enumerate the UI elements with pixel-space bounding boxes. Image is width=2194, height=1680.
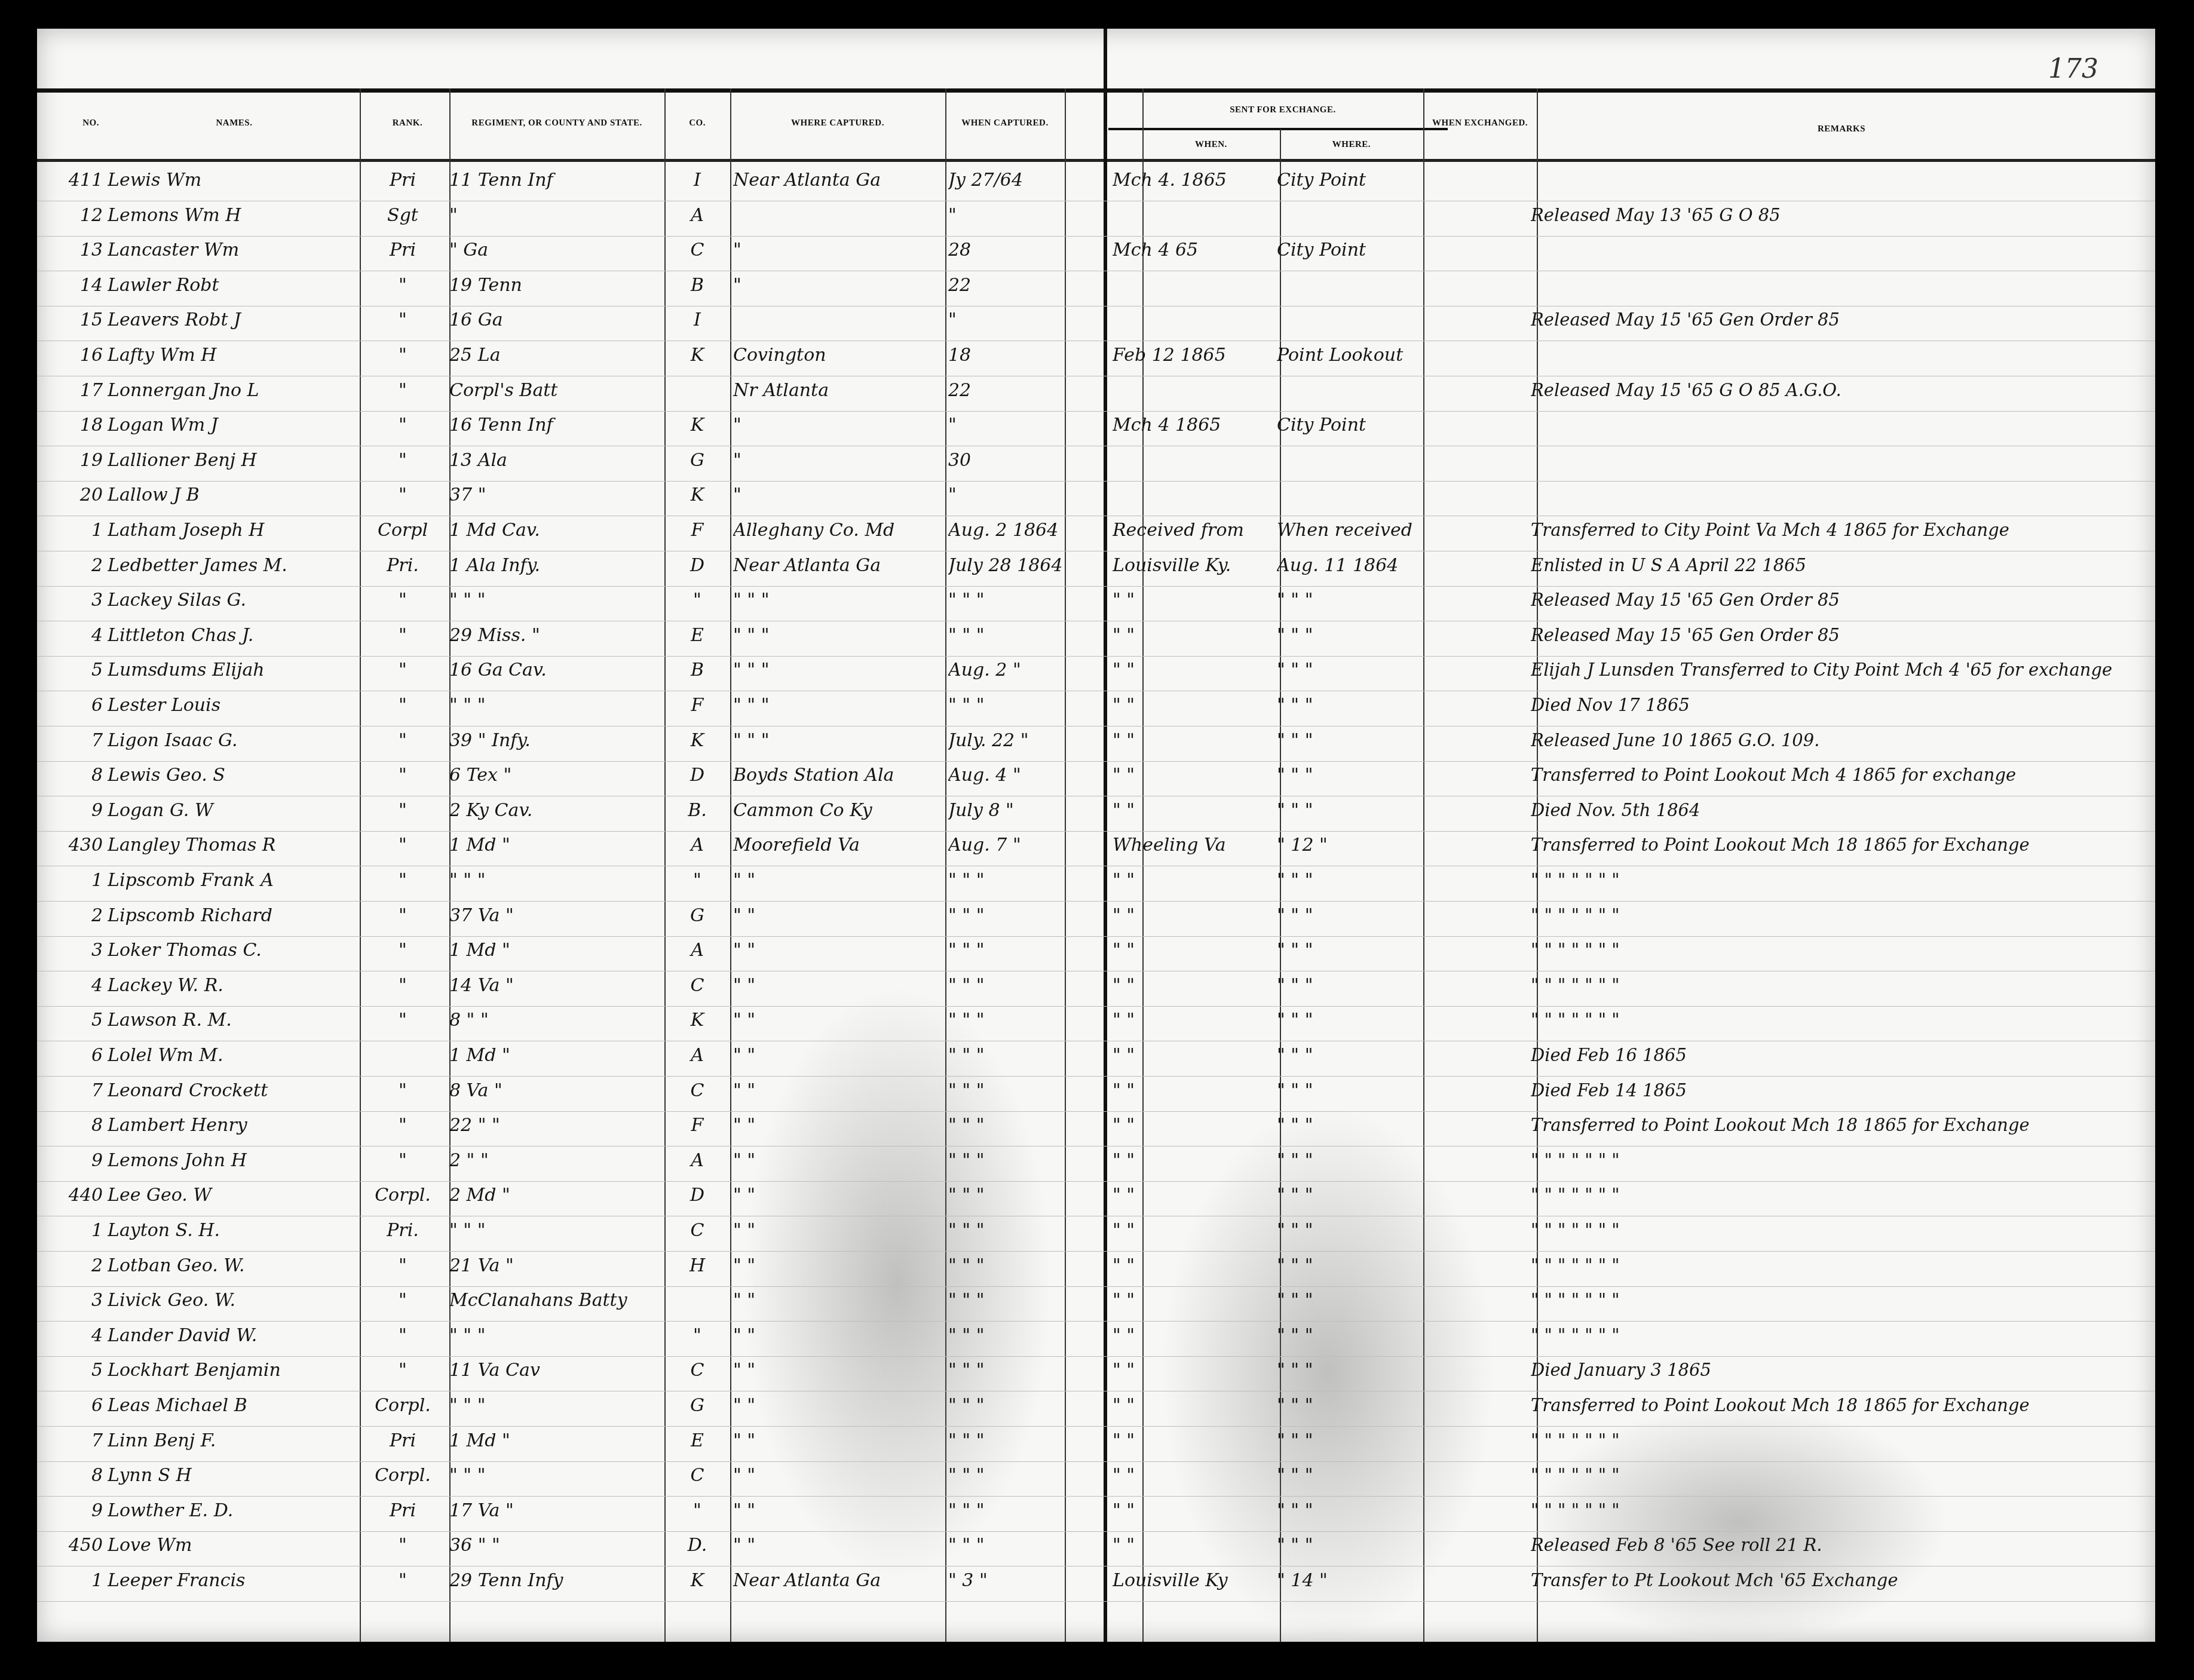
prisoner-name: Love Wm <box>108 1535 388 1556</box>
where-captured: Cammon Co Ky <box>733 800 978 821</box>
company: A <box>667 835 727 856</box>
company: C <box>667 1465 727 1486</box>
sent-when: " " <box>1113 1115 1280 1136</box>
remarks: " " " " " " " <box>1531 870 2146 890</box>
remarks: Transferred to Point Lookout Mch 18 1865… <box>1531 835 2146 855</box>
remarks: Released May 15 '65 G O 85 A.G.O. <box>1531 380 2146 400</box>
regiment: 2 Md " <box>449 1185 694 1206</box>
when-captured: 22 <box>948 380 1092 401</box>
company: D <box>667 555 727 576</box>
ledger-row: 5 Lumsdums Elijah " 16 Ga Cav. B " " " A… <box>37 656 2155 691</box>
company: " <box>667 590 727 611</box>
where-captured: " " " <box>733 660 978 680</box>
remarks: " " " " " " " <box>1531 1185 2146 1205</box>
when-captured: " " " <box>948 1325 1092 1346</box>
when-captured: " " " <box>948 1045 1092 1066</box>
where-captured: Near Atlanta Ga <box>733 555 978 576</box>
when-captured: 22 <box>948 275 1092 296</box>
when-captured: " " " <box>948 1430 1092 1451</box>
sent-where: City Point <box>1277 170 1438 191</box>
when-captured: " " " <box>948 1220 1092 1241</box>
sent-where: " 12 " <box>1277 835 1438 856</box>
regiment: 36 " " <box>449 1535 694 1556</box>
where-captured: " <box>733 450 978 471</box>
rank: " <box>367 1255 439 1276</box>
row-number: 13 <box>49 240 103 260</box>
sent-when: " " <box>1113 1360 1280 1381</box>
header-names: Names. <box>157 118 312 128</box>
when-captured: Aug. 2 " <box>948 660 1092 680</box>
row-number: 19 <box>49 450 103 471</box>
where-captured: " " <box>733 1010 978 1031</box>
prisoner-name: Lafty Wm H <box>108 345 388 366</box>
sent-when: " " <box>1113 1045 1280 1066</box>
sent-when: " " <box>1113 1150 1280 1171</box>
where-captured: " " <box>733 975 978 996</box>
ledger-row: 2 Ledbetter James M. Pri. 1 Ala Infy. D … <box>37 551 2155 587</box>
header-sent-when: When. <box>1148 140 1274 150</box>
rank: Corpl. <box>367 1465 439 1486</box>
rank: " <box>367 380 439 401</box>
remarks: " " " " " " " <box>1531 975 2146 995</box>
row-number: 440 <box>49 1185 103 1206</box>
regiment: 16 Ga <box>449 309 694 330</box>
company: C <box>667 1220 727 1241</box>
prisoner-name: Leavers Robt J <box>108 309 388 330</box>
ledger-row: 6 Lester Louis " " " " F " " " " " " " "… <box>37 691 2155 726</box>
sent-where: " " " <box>1277 800 1438 821</box>
row-number: 18 <box>49 415 103 436</box>
where-captured: Alleghany Co. Md <box>733 520 978 541</box>
company: E <box>667 1430 727 1451</box>
sent-where: Point Lookout <box>1277 345 1438 366</box>
sent-when: " " <box>1113 1185 1280 1206</box>
remarks: " " " " " " " <box>1531 1255 2146 1276</box>
regiment: 8 " " <box>449 1010 694 1031</box>
where-captured: " " <box>733 1045 978 1066</box>
rank: " <box>367 590 439 611</box>
where-captured: " " <box>733 1255 978 1276</box>
rank: " <box>367 415 439 436</box>
remarks: " " " " " " " <box>1531 1010 2146 1030</box>
company: C <box>667 240 727 260</box>
rank: " <box>367 870 439 891</box>
company: K <box>667 730 727 751</box>
prisoner-name: Leonard Crockett <box>108 1080 388 1101</box>
ledger-row: 7 Linn Benj F. Pri 1 Md " E " " " " " " … <box>37 1427 2155 1462</box>
remarks: Released Feb 8 '65 See roll 21 R. <box>1531 1535 2146 1555</box>
where-captured: " " <box>733 1500 978 1521</box>
sent-when: " " <box>1113 1465 1280 1486</box>
remarks: Died Feb 14 1865 <box>1531 1080 2146 1100</box>
page-number: 173 <box>2048 54 2098 84</box>
company: K <box>667 485 727 505</box>
ledger-row: 2 Lotban Geo. W. " 21 Va " H " " " " " "… <box>37 1252 2155 1287</box>
sent-when: " " <box>1113 695 1280 716</box>
prisoner-name: Lawler Robt <box>108 275 388 296</box>
company: K <box>667 415 727 436</box>
row-number: 7 <box>49 730 103 751</box>
regiment: 37 " <box>449 485 694 505</box>
where-captured: " " <box>733 1290 978 1311</box>
company: F <box>667 695 727 716</box>
remarks: Died Feb 16 1865 <box>1531 1045 2146 1065</box>
where-captured: " " <box>733 940 978 961</box>
when-captured: Aug. 2 1864 <box>948 520 1092 541</box>
ledger-row: 17 Lonnergan Jno L " Corpl's Batt Nr Atl… <box>37 376 2155 412</box>
sent-where: " " " <box>1277 1010 1438 1031</box>
prisoner-name: Linn Benj F. <box>108 1430 388 1451</box>
regiment: 22 " " <box>449 1115 694 1136</box>
regiment: 1 Md Cav. <box>449 520 694 541</box>
ledger-row: 3 Lackey Silas G. " " " " " " " " " " " … <box>37 586 2155 621</box>
where-captured: Moorefield Va <box>733 835 978 856</box>
where-captured: " " " <box>733 730 978 751</box>
ledger-row: 7 Leonard Crockett " 8 Va " C " " " " " … <box>37 1077 2155 1112</box>
sent-when: " " <box>1113 975 1280 996</box>
sent-where: " " " <box>1277 870 1438 891</box>
when-captured: Aug. 7 " <box>948 835 1092 856</box>
sent-when: " " <box>1113 765 1280 786</box>
ledger-row: 7 Ligon Isaac G. " 39 " Infy. K " " " Ju… <box>37 726 2155 762</box>
remarks: Released May 15 '65 Gen Order 85 <box>1531 625 2146 645</box>
company: F <box>667 520 727 541</box>
row-number: 5 <box>49 660 103 680</box>
row-number: 20 <box>49 485 103 505</box>
sent-where: City Point <box>1277 415 1438 436</box>
where-captured: Near Atlanta Ga <box>733 170 978 191</box>
company: I <box>667 170 727 191</box>
prisoner-name: Lackey Silas G. <box>108 590 388 611</box>
header-regiment: Regiment, or County and State. <box>455 118 658 128</box>
rank: " <box>367 309 439 330</box>
company: F <box>667 1115 727 1136</box>
remarks: Transferred to Point Lookout Mch 18 1865… <box>1531 1395 2146 1415</box>
where-captured: " " " <box>733 695 978 716</box>
when-captured: " " " <box>948 940 1092 961</box>
when-captured: " " " <box>948 1360 1092 1381</box>
rank: " <box>367 695 439 716</box>
remarks: " " " " " " " <box>1531 905 2146 925</box>
sent-where: " " " <box>1277 1255 1438 1276</box>
sent-when: " " <box>1113 800 1280 821</box>
sent-when: " " <box>1113 940 1280 961</box>
header-bottom-rule <box>37 159 2155 162</box>
remarks: Died Nov 17 1865 <box>1531 695 2146 715</box>
sent-when: " " <box>1113 1255 1280 1276</box>
where-captured: Boyds Station Ala <box>733 765 978 786</box>
when-captured: " " " <box>948 1290 1092 1311</box>
regiment: " " " <box>449 1220 694 1241</box>
sent-when: Louisville Ky. <box>1113 555 1280 576</box>
ledger-row: 9 Logan G. W " 2 Ky Cav. B. Cammon Co Ky… <box>37 796 2155 832</box>
when-captured: " <box>948 309 1092 330</box>
where-captured: " <box>733 275 978 296</box>
company: H <box>667 1255 727 1276</box>
company: D <box>667 1185 727 1206</box>
row-number: 9 <box>49 800 103 821</box>
rank: Pri <box>367 170 439 191</box>
rank: Pri <box>367 1430 439 1451</box>
prisoner-name: Leas Michael B <box>108 1395 388 1416</box>
row-number: 3 <box>49 590 103 611</box>
when-captured: " " " <box>948 1115 1092 1136</box>
row-number: 411 <box>49 170 103 191</box>
when-captured: " " " <box>948 625 1092 646</box>
regiment: 11 Va Cav <box>449 1360 694 1381</box>
sent-where: " " " <box>1277 975 1438 996</box>
sent-where: " " " <box>1277 940 1438 961</box>
header-co: Co. <box>670 118 724 128</box>
sent-when: " " <box>1113 660 1280 680</box>
prisoner-name: Ligon Isaac G. <box>108 730 388 751</box>
when-captured: " " " <box>948 695 1092 716</box>
sent-where: " " " <box>1277 1185 1438 1206</box>
regiment: 6 Tex " <box>449 765 694 786</box>
where-captured: " " <box>733 1325 978 1346</box>
ledger-row: 5 Lawson R. M. " 8 " " K " " " " " " " "… <box>37 1006 2155 1041</box>
row-number: 14 <box>49 275 103 296</box>
company: D <box>667 765 727 786</box>
company: E <box>667 625 727 646</box>
row-number: 6 <box>49 1045 103 1066</box>
regiment: 17 Va " <box>449 1500 694 1521</box>
ledger-row: 450 Love Wm " 36 " " D. " " " " " " " " … <box>37 1531 2155 1566</box>
ledger-row: 1 Layton S. H. Pri. " " " C " " " " " " … <box>37 1216 2155 1252</box>
company: A <box>667 1045 727 1066</box>
company: K <box>667 1570 727 1591</box>
sent-when: Louisville Ky <box>1113 1570 1280 1591</box>
remarks: Died January 3 1865 <box>1531 1360 2146 1380</box>
company: " <box>667 1325 727 1346</box>
ledger-row: 411 Lewis Wm Pri 11 Tenn Inf I Near Atla… <box>37 166 2155 201</box>
prisoner-name: Lewis Geo. S <box>108 765 388 786</box>
row-number: 3 <box>49 1290 103 1311</box>
sent-where: " " " <box>1277 1290 1438 1311</box>
where-captured: " " " <box>733 625 978 646</box>
row-number: 2 <box>49 905 103 926</box>
sent-where: City Point <box>1277 240 1438 260</box>
remarks: Transferred to Point Lookout Mch 18 1865… <box>1531 1115 2146 1135</box>
regiment: 19 Tenn <box>449 275 694 296</box>
sent-where: " " " <box>1277 1080 1438 1101</box>
ledger-row: 2 Lipscomb Richard " 37 Va " G " " " " "… <box>37 902 2155 937</box>
where-captured: " " <box>733 1465 978 1486</box>
rank: " <box>367 835 439 856</box>
rank: Pri <box>367 1500 439 1521</box>
sent-when: " " <box>1113 1080 1280 1101</box>
where-captured: " " <box>733 1150 978 1171</box>
prisoner-name: Lipscomb Frank A <box>108 870 388 891</box>
when-captured: " " " <box>948 1010 1092 1031</box>
when-captured: " " " <box>948 1080 1092 1101</box>
company: " <box>667 870 727 891</box>
sent-when: " " <box>1113 1500 1280 1521</box>
where-captured: " " <box>733 1430 978 1451</box>
regiment: " " " <box>449 870 694 891</box>
row-number: 12 <box>49 205 103 226</box>
when-captured: " " " <box>948 975 1092 996</box>
company: B <box>667 275 727 296</box>
where-captured: " <box>733 485 978 505</box>
regiment: " Ga <box>449 240 694 260</box>
where-captured: " " " <box>733 590 978 611</box>
rank: " <box>367 450 439 471</box>
when-captured: " " " <box>948 1465 1092 1486</box>
ledger-row: 5 Lockhart Benjamin " 11 Va Cav C " " " … <box>37 1356 2155 1391</box>
regiment: " " " <box>449 1465 694 1486</box>
when-captured: 30 <box>948 450 1092 471</box>
ledger-row: 4 Littleton Chas J. " 29 Miss. " E " " "… <box>37 621 2155 657</box>
regiment: 37 Va " <box>449 905 694 926</box>
rank: " <box>367 1535 439 1556</box>
where-captured: Nr Atlanta <box>733 380 978 401</box>
regiment: " <box>449 205 694 226</box>
row-number: 8 <box>49 1115 103 1136</box>
ledger-row: 12 Lemons Wm H Sgt " A " Released May 13… <box>37 201 2155 237</box>
sent-when: Feb 12 1865 <box>1113 345 1280 366</box>
ledger-row: 6 Lolel Wm M. 1 Md " A " " " " " " " " "… <box>37 1041 2155 1077</box>
when-captured: " " " <box>948 1535 1092 1556</box>
ledger-row: 13 Lancaster Wm Pri " Ga C " 28 Mch 4 65… <box>37 236 2155 271</box>
regiment: 14 Va " <box>449 975 694 996</box>
when-captured: " " " <box>948 1150 1092 1171</box>
prisoner-name: Lackey W. R. <box>108 975 388 996</box>
ledger-row: 20 Lallow J B " 37 " K " " <box>37 481 2155 516</box>
company: G <box>667 450 727 471</box>
regiment: 8 Va " <box>449 1080 694 1101</box>
ledger-row: 18 Logan Wm J " 16 Tenn Inf K " " Mch 4 … <box>37 411 2155 446</box>
remarks: Transfer to Pt Lookout Mch '65 Exchange <box>1531 1570 2146 1590</box>
sent-where: " " " <box>1277 1500 1438 1521</box>
regiment: " " " <box>449 1325 694 1346</box>
regiment: 39 " Infy. <box>449 730 694 751</box>
sent-where: " 14 " <box>1277 1570 1438 1591</box>
prisoner-name: Lipscomb Richard <box>108 905 388 926</box>
header-sent-where: Where. <box>1286 140 1417 150</box>
header-no: No. <box>73 118 109 128</box>
company: G <box>667 1395 727 1416</box>
when-captured: " 3 " <box>948 1570 1092 1591</box>
prisoner-name: Lallioner Benj H <box>108 450 388 471</box>
remarks: Transferred to City Point Va Mch 4 1865 … <box>1531 520 2146 540</box>
prisoner-name: Lambert Henry <box>108 1115 388 1136</box>
header-sent-for-exchange: Sent for Exchange. <box>1148 105 1417 115</box>
ledger-row: 4 Lackey W. R. " 14 Va " C " " " " " " "… <box>37 971 2155 1007</box>
sent-when: " " <box>1113 1535 1280 1556</box>
when-captured: July. 22 " <box>948 730 1092 751</box>
header-remarks: Remarks <box>1543 124 2140 134</box>
where-captured: " " <box>733 905 978 926</box>
sent-when: " " <box>1113 1325 1280 1346</box>
regiment: 1 Md " <box>449 1045 694 1066</box>
prisoner-name: Lockhart Benjamin <box>108 1360 388 1381</box>
rank: " <box>367 1010 439 1031</box>
sent-when: Received from <box>1113 520 1280 541</box>
remarks: " " " " " " " <box>1531 1290 2146 1310</box>
prisoner-name: Ledbetter James M. <box>108 555 388 576</box>
row-number: 1 <box>49 1220 103 1241</box>
ledger-row: 8 Lewis Geo. S " 6 Tex " D Boyds Station… <box>37 761 2155 796</box>
sent-when: Mch 4. 1865 <box>1113 170 1280 191</box>
when-captured: " " " <box>948 1500 1092 1521</box>
ledger-row: 8 Lynn S H Corpl. " " " C " " " " " " " … <box>37 1461 2155 1497</box>
prisoner-name: Lee Geo. W <box>108 1185 388 1206</box>
company: A <box>667 940 727 961</box>
row-number: 430 <box>49 835 103 856</box>
company: B <box>667 660 727 680</box>
regiment: 16 Tenn Inf <box>449 415 694 436</box>
company: D. <box>667 1535 727 1556</box>
when-captured: " " " <box>948 1395 1092 1416</box>
ledger-row: 15 Leavers Robt J " 16 Ga I " Released M… <box>37 306 2155 341</box>
row-number: 1 <box>49 520 103 541</box>
header-rank: Rank. <box>372 118 443 128</box>
header-top-rule <box>37 88 2155 93</box>
row-number: 7 <box>49 1430 103 1451</box>
where-captured: " " <box>733 870 978 891</box>
sent-where: " " " <box>1277 1465 1438 1486</box>
ledger-row: 430 Langley Thomas R " 1 Md " A Moorefie… <box>37 831 2155 866</box>
row-number: 15 <box>49 309 103 330</box>
prisoner-name: Leeper Francis <box>108 1570 388 1591</box>
remarks: Transferred to Point Lookout Mch 4 1865 … <box>1531 765 2146 785</box>
rank: " <box>367 660 439 680</box>
row-number: 4 <box>49 625 103 646</box>
rank: " <box>367 730 439 751</box>
regiment: McClanahans Batty <box>449 1290 694 1311</box>
sent-when: " " <box>1113 730 1280 751</box>
rank: Corpl. <box>367 1395 439 1416</box>
regiment: 1 Md " <box>449 1430 694 1451</box>
row-number: 4 <box>49 1325 103 1346</box>
sent-where: " " " <box>1277 660 1438 680</box>
sent-where: " " " <box>1277 905 1438 926</box>
prisoner-name: Latham Joseph H <box>108 520 388 541</box>
prisoner-name: Layton S. H. <box>108 1220 388 1241</box>
rank: " <box>367 940 439 961</box>
prisoner-name: Lolel Wm M. <box>108 1045 388 1066</box>
sent-where: " " " <box>1277 1395 1438 1416</box>
prisoner-name: Loker Thomas C. <box>108 940 388 961</box>
rank: " <box>367 1570 439 1591</box>
where-captured: " " <box>733 1115 978 1136</box>
remarks: " " " " " " " <box>1531 940 2146 960</box>
row-number: 9 <box>49 1150 103 1171</box>
ledger-row: 8 Lambert Henry " 22 " " F " " " " " " "… <box>37 1111 2155 1146</box>
regiment: 29 Tenn Infy <box>449 1570 694 1591</box>
company: G <box>667 905 727 926</box>
regiment: 13 Ala <box>449 450 694 471</box>
regiment: 2 " " <box>449 1150 694 1171</box>
company: B. <box>667 800 727 821</box>
prisoner-name: Lotban Geo. W. <box>108 1255 388 1276</box>
rank: Pri. <box>367 555 439 576</box>
sent-when: " " <box>1113 1010 1280 1031</box>
sent-where: " " " <box>1277 1360 1438 1381</box>
row-number: 3 <box>49 940 103 961</box>
when-captured: Jy 27/64 <box>948 170 1092 191</box>
rank: " <box>367 275 439 296</box>
sent-for-exchange-subrule <box>1108 128 1448 130</box>
where-captured: " <box>733 415 978 436</box>
where-captured: Near Atlanta Ga <box>733 1570 978 1591</box>
ledger-row: 16 Lafty Wm H " 25 La K Covington 18 Feb… <box>37 341 2155 376</box>
remarks: Released May 15 '65 Gen Order 85 <box>1531 309 2146 330</box>
header-where-captured: Where Captured. <box>736 118 939 128</box>
regiment: 25 La <box>449 345 694 366</box>
when-captured: " <box>948 485 1092 505</box>
